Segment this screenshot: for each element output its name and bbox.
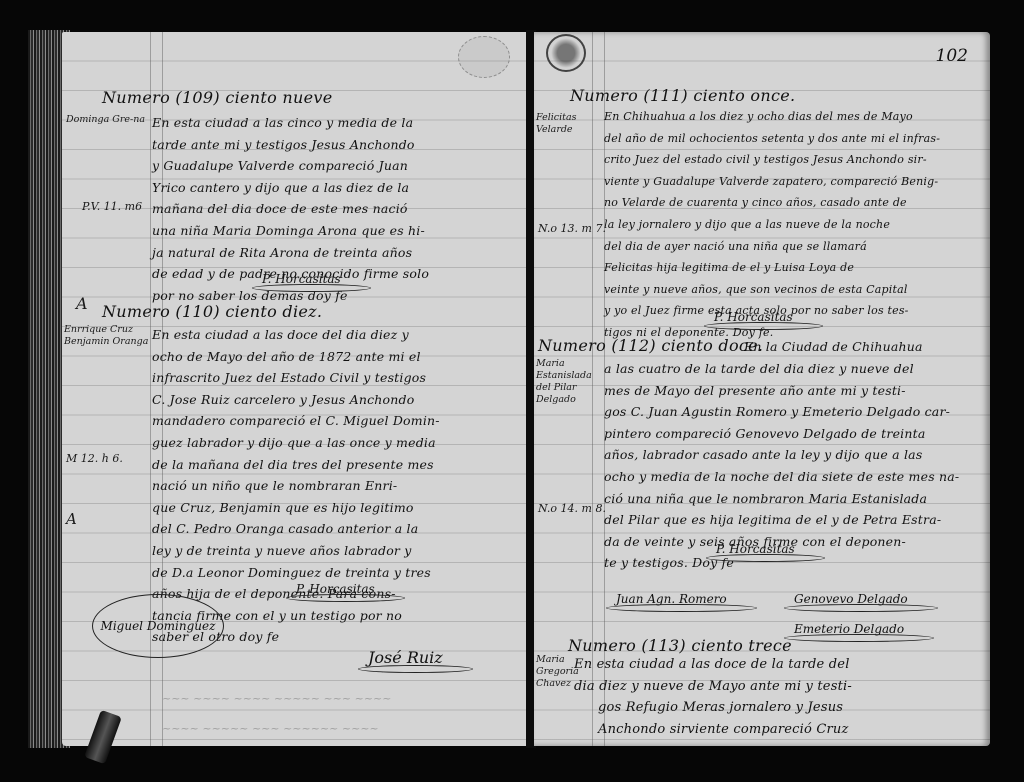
registrar-signature: P. Horcasitas — [716, 542, 795, 556]
entry-113-body: En esta ciudad a las doce de la tarde de… — [574, 654, 852, 740]
ink-bleed-through: ~~~ ~~~~ ~~~~ ~~~~~ ~~~ ~~~~ — [162, 692, 391, 705]
registrar-signature: P. Horcasitas — [714, 310, 793, 324]
open-register-book: Numero (109) ciento nueve Dominga Gre-na… — [0, 0, 1024, 782]
entry-112-first-line: En la Ciudad de Chihuahua — [744, 336, 923, 358]
margin-mark: A — [66, 510, 77, 528]
margin-name: Dominga Gre-na — [66, 114, 150, 126]
entry-heading: Numero (111) ciento once. — [570, 86, 795, 105]
entry-111: Numero (111) ciento once. — [570, 86, 795, 105]
seal-stamp — [546, 34, 586, 72]
margin-name: Felicitas Velarde — [536, 112, 602, 136]
entry-heading: Numero (113) ciento trece — [568, 636, 792, 655]
witness-signature: Emeterio Delgado — [794, 622, 904, 636]
right-page: 102 Numero (111) ciento once. Felicitas … — [534, 32, 990, 746]
entry-heading: Numero (112) ciento doce. — [538, 336, 763, 355]
registration-code: P.V. 11. m6 — [82, 200, 142, 213]
ink-bleed-through: ~~~~ ~~~~~ ~~~ ~~~~~~ ~~~~ — [162, 722, 379, 735]
left-page: Numero (109) ciento nueve Dominga Gre-na… — [62, 32, 528, 746]
entry-113: Numero (113) ciento trece — [568, 636, 792, 655]
registration-code: N.o 13. m 7. — [538, 222, 606, 235]
entry-110: Numero (110) ciento diez. — [102, 302, 322, 321]
witness-signature: Miguel Dominguez — [101, 619, 216, 633]
registration-code: M 12. h 6. — [66, 452, 123, 465]
margin-name: Enrrique Cruz Benjamin Oranga — [64, 324, 152, 348]
registration-code: N.o 14. m 8. — [538, 502, 606, 515]
entry-109: Numero (109) ciento nueve — [102, 88, 333, 107]
witness-signature: Genovevo Delgado — [794, 592, 908, 606]
witness-signature: Juan Agn. Romero — [616, 592, 727, 606]
margin-name: Maria Gregoria Chavez — [536, 654, 576, 690]
faint-seal-stamp — [458, 36, 510, 78]
witness-signature-oval: Miguel Dominguez — [92, 594, 224, 658]
entry-111-body: En Chihuahua a los diez y ocho dias del … — [604, 106, 940, 344]
margin-mark: A — [76, 294, 88, 313]
margin-name: Maria Estanislada del Pilar Delgado — [536, 358, 602, 406]
entry-heading: Numero (109) ciento nueve — [102, 88, 333, 107]
registrar-signature: P. Horcasitas — [296, 582, 375, 596]
entry-112: Numero (112) ciento doce. — [538, 336, 763, 355]
entry-heading: Numero (110) ciento diez. — [102, 302, 322, 321]
registrar-signature: P. Horcasitas — [262, 272, 341, 286]
page-number: 102 — [936, 46, 968, 66]
witness-signature: José Ruiz — [368, 648, 443, 667]
